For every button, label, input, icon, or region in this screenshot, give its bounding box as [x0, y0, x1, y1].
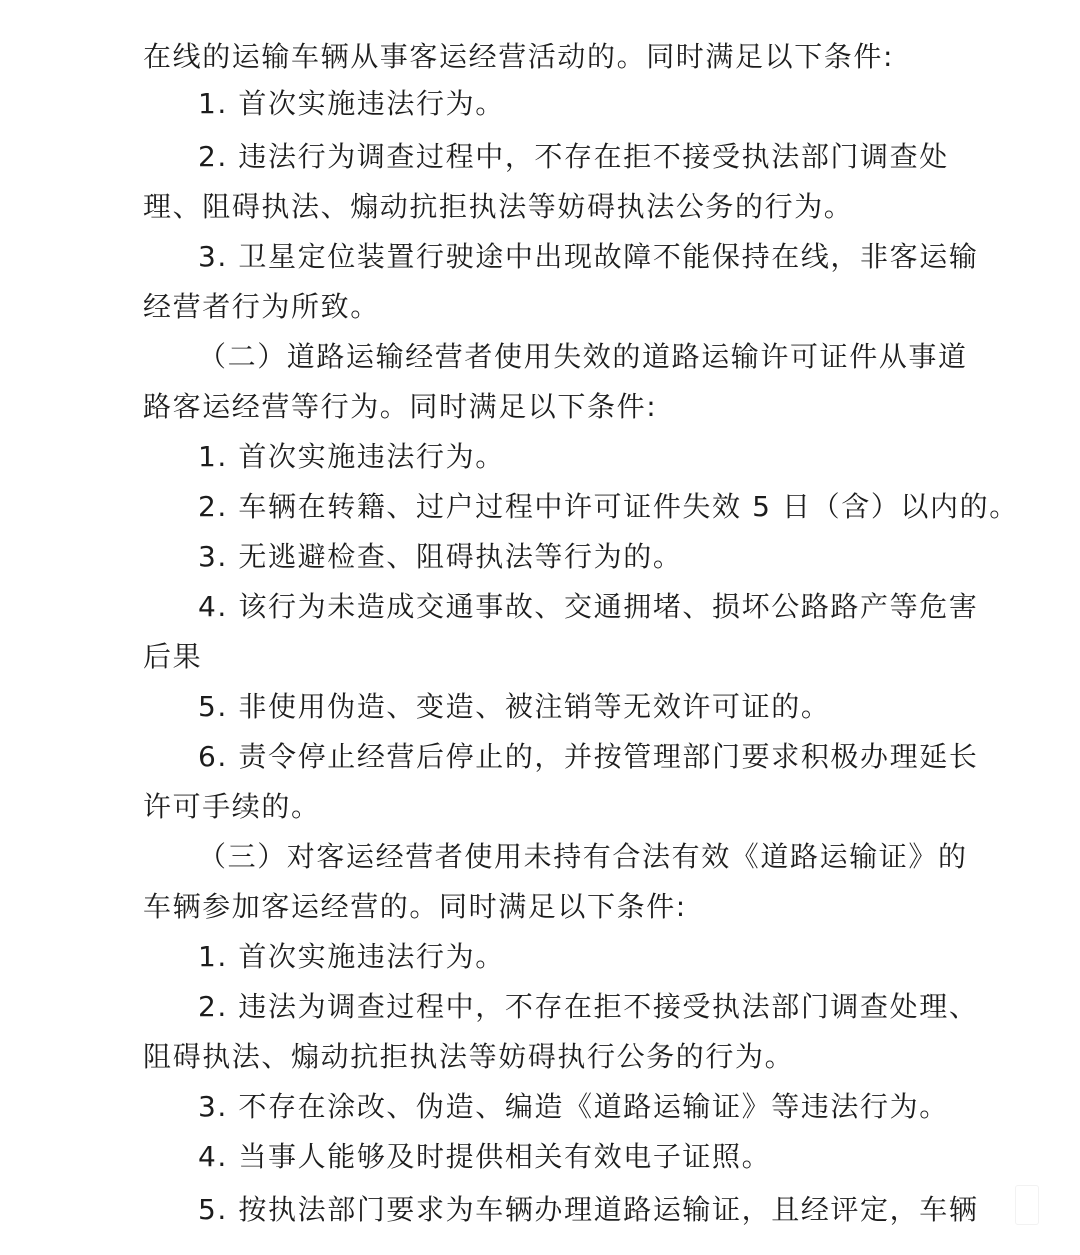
section-2-heading-continuation: 路客运经营等行为。同时满足以下条件: [143, 382, 943, 432]
section-3-heading: （三）对客运经营者使用未持有合法有效《道路运输证》的 [198, 832, 943, 882]
scan-artifact [1015, 1185, 1039, 1225]
condition-3-3: 3. 不存在涂改、伪造、编造《道路运输证》等违法行为。 [198, 1082, 943, 1132]
condition-2-3: 3. 无逃避检查、阻碍执法等行为的。 [198, 532, 943, 582]
condition-3-1: 1. 首次实施违法行为。 [198, 932, 943, 982]
condition-2-6-continuation: 许可手续的。 [143, 782, 943, 832]
condition-1-2: 2. 违法行为调查过程中，不存在拒不接受执法部门调查处 [198, 132, 943, 182]
condition-1-3: 3. 卫星定位装置行驶途中出现故障不能保持在线，非客运输 [198, 232, 943, 282]
condition-3-2: 2. 违法为调查过程中，不存在拒不接受执法部门调查处理、 [198, 982, 943, 1032]
condition-2-1: 1. 首次实施违法行为。 [198, 432, 943, 482]
condition-2-4-continuation: 后果 [143, 632, 943, 682]
document-page: 在线的运输车辆从事客运经营活动的。同时满足以下条件: 1. 首次实施违法行为。 … [0, 0, 1080, 1255]
condition-2-2: 2. 车辆在转籍、过户过程中许可证件失效 5 日（含）以内的。 [198, 482, 943, 532]
condition-3-4: 4. 当事人能够及时提供相关有效电子证照。 [198, 1132, 943, 1182]
text-line-intro-continuation: 在线的运输车辆从事客运经营活动的。同时满足以下条件: [143, 32, 943, 82]
condition-1-3-continuation: 经营者行为所致。 [143, 282, 943, 332]
condition-1-2-continuation: 理、阻碍执法、煽动抗拒执法等妨碍执法公务的行为。 [143, 182, 943, 232]
condition-1-1: 1. 首次实施违法行为。 [198, 79, 943, 129]
section-2-heading: （二）道路运输经营者使用失效的道路运输许可证件从事道 [198, 332, 943, 382]
condition-3-2-continuation: 阻碍执法、煽动抗拒执法等妨碍执行公务的行为。 [143, 1032, 943, 1082]
condition-2-6: 6. 责令停止经营后停止的，并按管理部门要求积极办理延长 [198, 732, 943, 782]
condition-3-5: 5. 按执法部门要求为车辆办理道路运输证，且经评定，车辆 [198, 1185, 943, 1235]
condition-2-5: 5. 非使用伪造、变造、被注销等无效许可证的。 [198, 682, 943, 732]
condition-2-4: 4. 该行为未造成交通事故、交通拥堵、损坏公路路产等危害 [198, 582, 943, 632]
section-3-heading-continuation: 车辆参加客运经营的。同时满足以下条件: [143, 882, 943, 932]
